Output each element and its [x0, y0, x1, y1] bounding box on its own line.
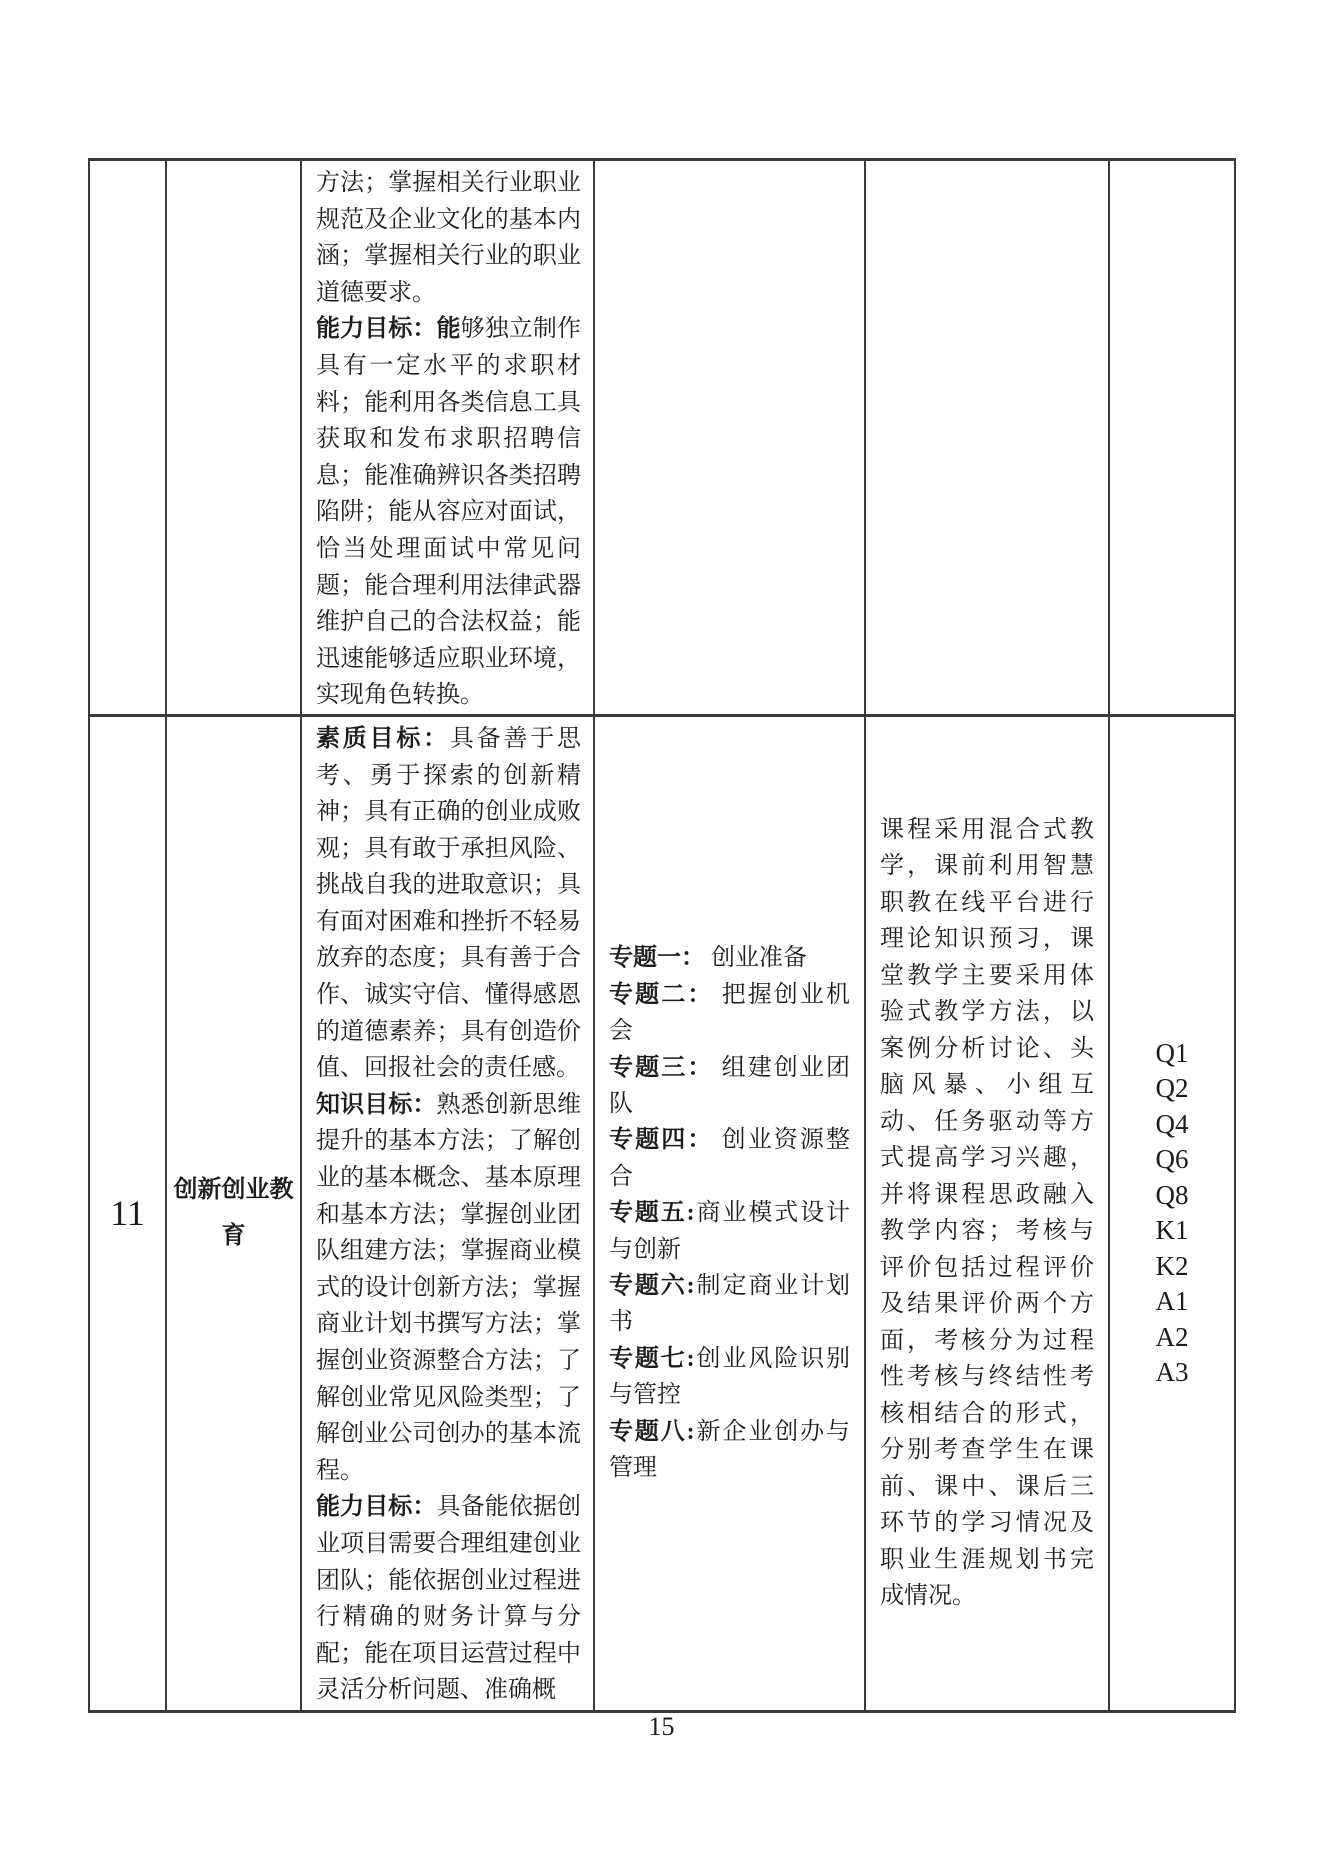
objective-paragraph: 素质目标：具备善于思考、勇于探索的创新精神；具有正确的创业成败观；具有敢于承担风… — [316, 721, 581, 1087]
topic-label: 专题三： — [609, 1055, 713, 1081]
topic-label: 专题六: — [609, 1273, 695, 1299]
cell-course-empty — [166, 160, 301, 716]
objective-label: 能力目标：能 — [316, 316, 461, 342]
topic-item: 专题六:制定商业计划书 — [609, 1268, 850, 1341]
topic-label: 专题四： — [609, 1127, 713, 1153]
table-row-11: 11 创新创业教育 素质目标：具备善于思考、勇于探索的创新精神；具有正确的创业成… — [89, 715, 1235, 1711]
topic-label: 专题二： — [609, 982, 713, 1008]
topic-item: 专题二： 把握创业机会 — [609, 977, 850, 1050]
cell-topics-empty — [594, 160, 865, 716]
cell-objectives: 素质目标：具备善于思考、勇于探索的创新精神；具有正确的创业成败观；具有敢于承担风… — [301, 715, 594, 1711]
objective-text: 具备善于思考、勇于探索的创新精神；具有正确的创业成败观；具有敢于承担风险、挑战自… — [316, 726, 581, 1081]
cell-codes-empty — [1109, 160, 1235, 716]
objective-text: 具备能依据创业项目需要合理组建创业团队；能依据创业过程进行精确的财务计算与分配；… — [316, 1494, 581, 1703]
topic-label: 专题七: — [609, 1346, 695, 1372]
cell-teaching-methods: 课程采用混合式教学，课前利用智慧职教在线平台进行理论知识预习，课堂教学主要采用体… — [865, 715, 1109, 1711]
cell-teaching-empty — [865, 160, 1109, 716]
requirement-code: K2 — [1110, 1249, 1234, 1285]
cell-topics: 专题一： 创业准备 专题二： 把握创业机会 专题三： 组建创业团队 专题四： 创… — [594, 715, 865, 1711]
cell-index-empty — [89, 160, 166, 716]
topic-item: 专题一： 创业准备 — [609, 940, 850, 976]
objective-paragraph: 知识目标：熟悉创新思维提升的基本方法；了解创业的基本概念、基本原理和基本方法；掌… — [316, 1087, 581, 1490]
topic-item: 专题七:创业风险识别与管控 — [609, 1341, 850, 1414]
objective-text: 方法；掌握相关行业职业规范及企业文化的基本内涵；掌握相关行业的职业道德要求。 — [316, 170, 581, 306]
requirement-code: Q2 — [1110, 1071, 1234, 1107]
requirement-code: A1 — [1110, 1284, 1234, 1320]
cell-objectives-continuation: 方法；掌握相关行业职业规范及企业文化的基本内涵；掌握相关行业的职业道德要求。 能… — [301, 160, 594, 716]
objective-label: 知识目标： — [316, 1092, 437, 1118]
objective-paragraph: 方法；掌握相关行业职业规范及企业文化的基本内涵；掌握相关行业的职业道德要求。 — [316, 165, 581, 311]
topic-item: 专题三： 组建创业团队 — [609, 1050, 850, 1123]
objective-paragraph: 能力目标：具备能依据创业项目需要合理组建创业团队；能依据创业过程进行精确的财务计… — [316, 1489, 581, 1709]
topic-item: 专题四： 创业资源整合 — [609, 1122, 850, 1195]
row-index: 11 — [89, 715, 166, 1711]
requirement-code: A2 — [1110, 1320, 1234, 1356]
topic-title: 创业准备 — [711, 945, 807, 971]
objective-paragraph: 能力目标：能够独立制作具有一定水平的求职材料；能利用各类信息工具获取和发布求职招… — [316, 311, 581, 714]
objective-text: 熟悉创新思维提升的基本方法；了解创业的基本概念、基本原理和基本方法；掌握创业团队… — [316, 1092, 581, 1484]
course-syllabus-table: 方法；掌握相关行业职业规范及企业文化的基本内涵；掌握相关行业的职业道德要求。 能… — [88, 158, 1236, 1713]
teaching-methods-text: 课程采用混合式教学，课前利用智慧职教在线平台进行理论知识预习，课堂教学主要采用体… — [880, 812, 1094, 1615]
topic-item: 专题五:商业模式设计与创新 — [609, 1195, 850, 1268]
table-row-continuation: 方法；掌握相关行业职业规范及企业文化的基本内涵；掌握相关行业的职业道德要求。 能… — [89, 160, 1235, 716]
objective-text: 够独立制作具有一定水平的求职材料；能利用各类信息工具获取和发布求职招聘信息；能准… — [316, 316, 581, 708]
objective-label: 素质目标： — [316, 726, 450, 752]
requirement-code: Q1 — [1110, 1036, 1234, 1072]
requirement-code: A3 — [1110, 1355, 1234, 1391]
requirement-code: Q8 — [1110, 1178, 1234, 1214]
requirement-code: K1 — [1110, 1213, 1234, 1249]
topic-label: 专题一： — [609, 945, 705, 971]
objective-label: 能力目标： — [316, 1494, 437, 1520]
topic-label: 专题八: — [609, 1419, 695, 1445]
requirement-code: Q4 — [1110, 1107, 1234, 1143]
cell-requirement-codes: Q1 Q2 Q4 Q6 Q8 K1 K2 A1 A2 A3 — [1109, 715, 1235, 1711]
course-name: 创新创业教育 — [166, 715, 301, 1711]
topic-item: 专题八:新企业创办与管理 — [609, 1414, 850, 1487]
topic-label: 专题五: — [609, 1200, 695, 1226]
requirement-code: Q6 — [1110, 1142, 1234, 1178]
page-number: 15 — [0, 1712, 1323, 1742]
